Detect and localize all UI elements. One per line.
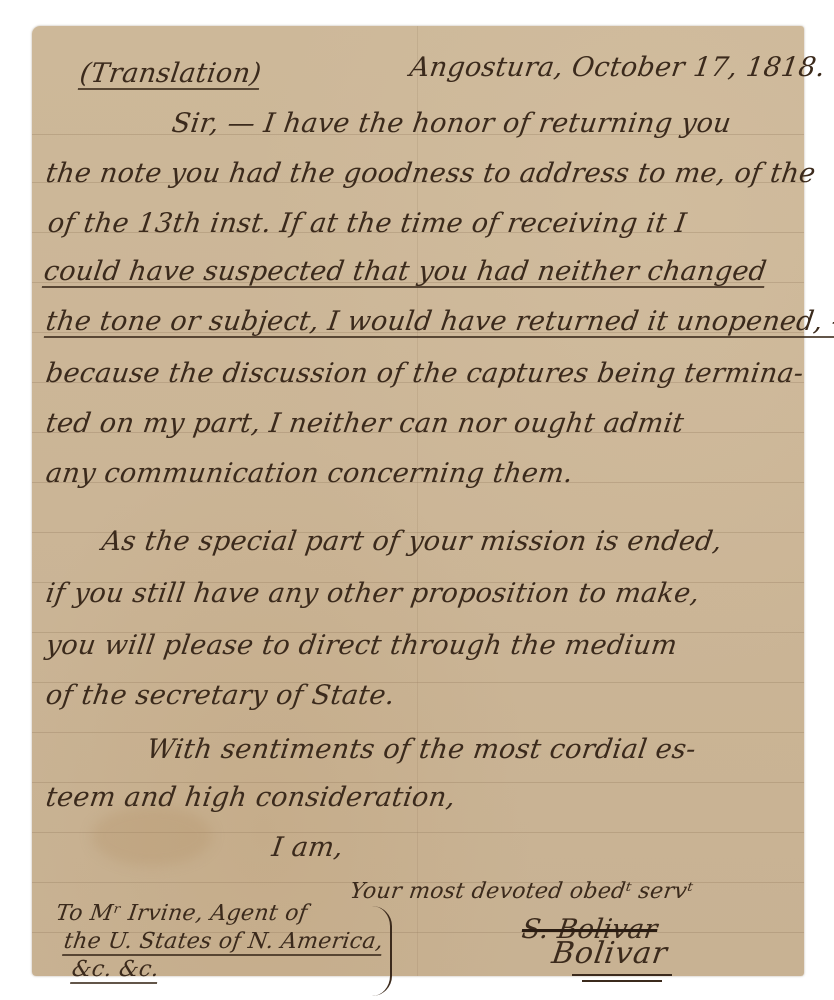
ruled-line (32, 732, 804, 733)
body-line: any communication concerning them. (44, 458, 575, 490)
addressee-line: &c. &c. (70, 954, 161, 986)
closing-line: With sentiments of the most cordial es- (145, 734, 698, 766)
signature: Bolivar (550, 938, 670, 970)
body-line: you will please to direct through the me… (44, 630, 680, 662)
translation-label: (Translation) (78, 58, 264, 90)
closing-line: I am, (270, 832, 346, 864)
body-line: if you still have any other proposition … (44, 578, 702, 610)
letter-paper: (Translation) Angostura, October 17, 181… (32, 26, 804, 976)
body-line: As the special part of your mission is e… (100, 526, 724, 558)
closing-line: Your most devoted obedᵗ servᵗ (348, 876, 695, 908)
closing-line: teem and high consideration, (44, 782, 458, 814)
body-line: of the 13th inst. If at the time of rece… (46, 208, 689, 240)
body-line: the note you had the goodness to address… (44, 158, 818, 190)
body-line: of the secretary of State. (44, 680, 397, 712)
body-line: could have suspected that you had neithe… (42, 256, 769, 288)
body-line: Sir, — I have the honor of returning you (170, 108, 733, 140)
body-line: because the discussion of the captures b… (44, 358, 806, 390)
water-stain (92, 806, 212, 866)
body-line: the tone or subject, I would have return… (44, 306, 834, 338)
signature-underline (582, 980, 662, 982)
addressee-bracket (372, 906, 392, 996)
place-date: Angostura, October 17, 1818. (408, 52, 828, 84)
signature-underline (572, 974, 672, 976)
body-line: ted on my part, I neither can nor ought … (44, 408, 686, 440)
